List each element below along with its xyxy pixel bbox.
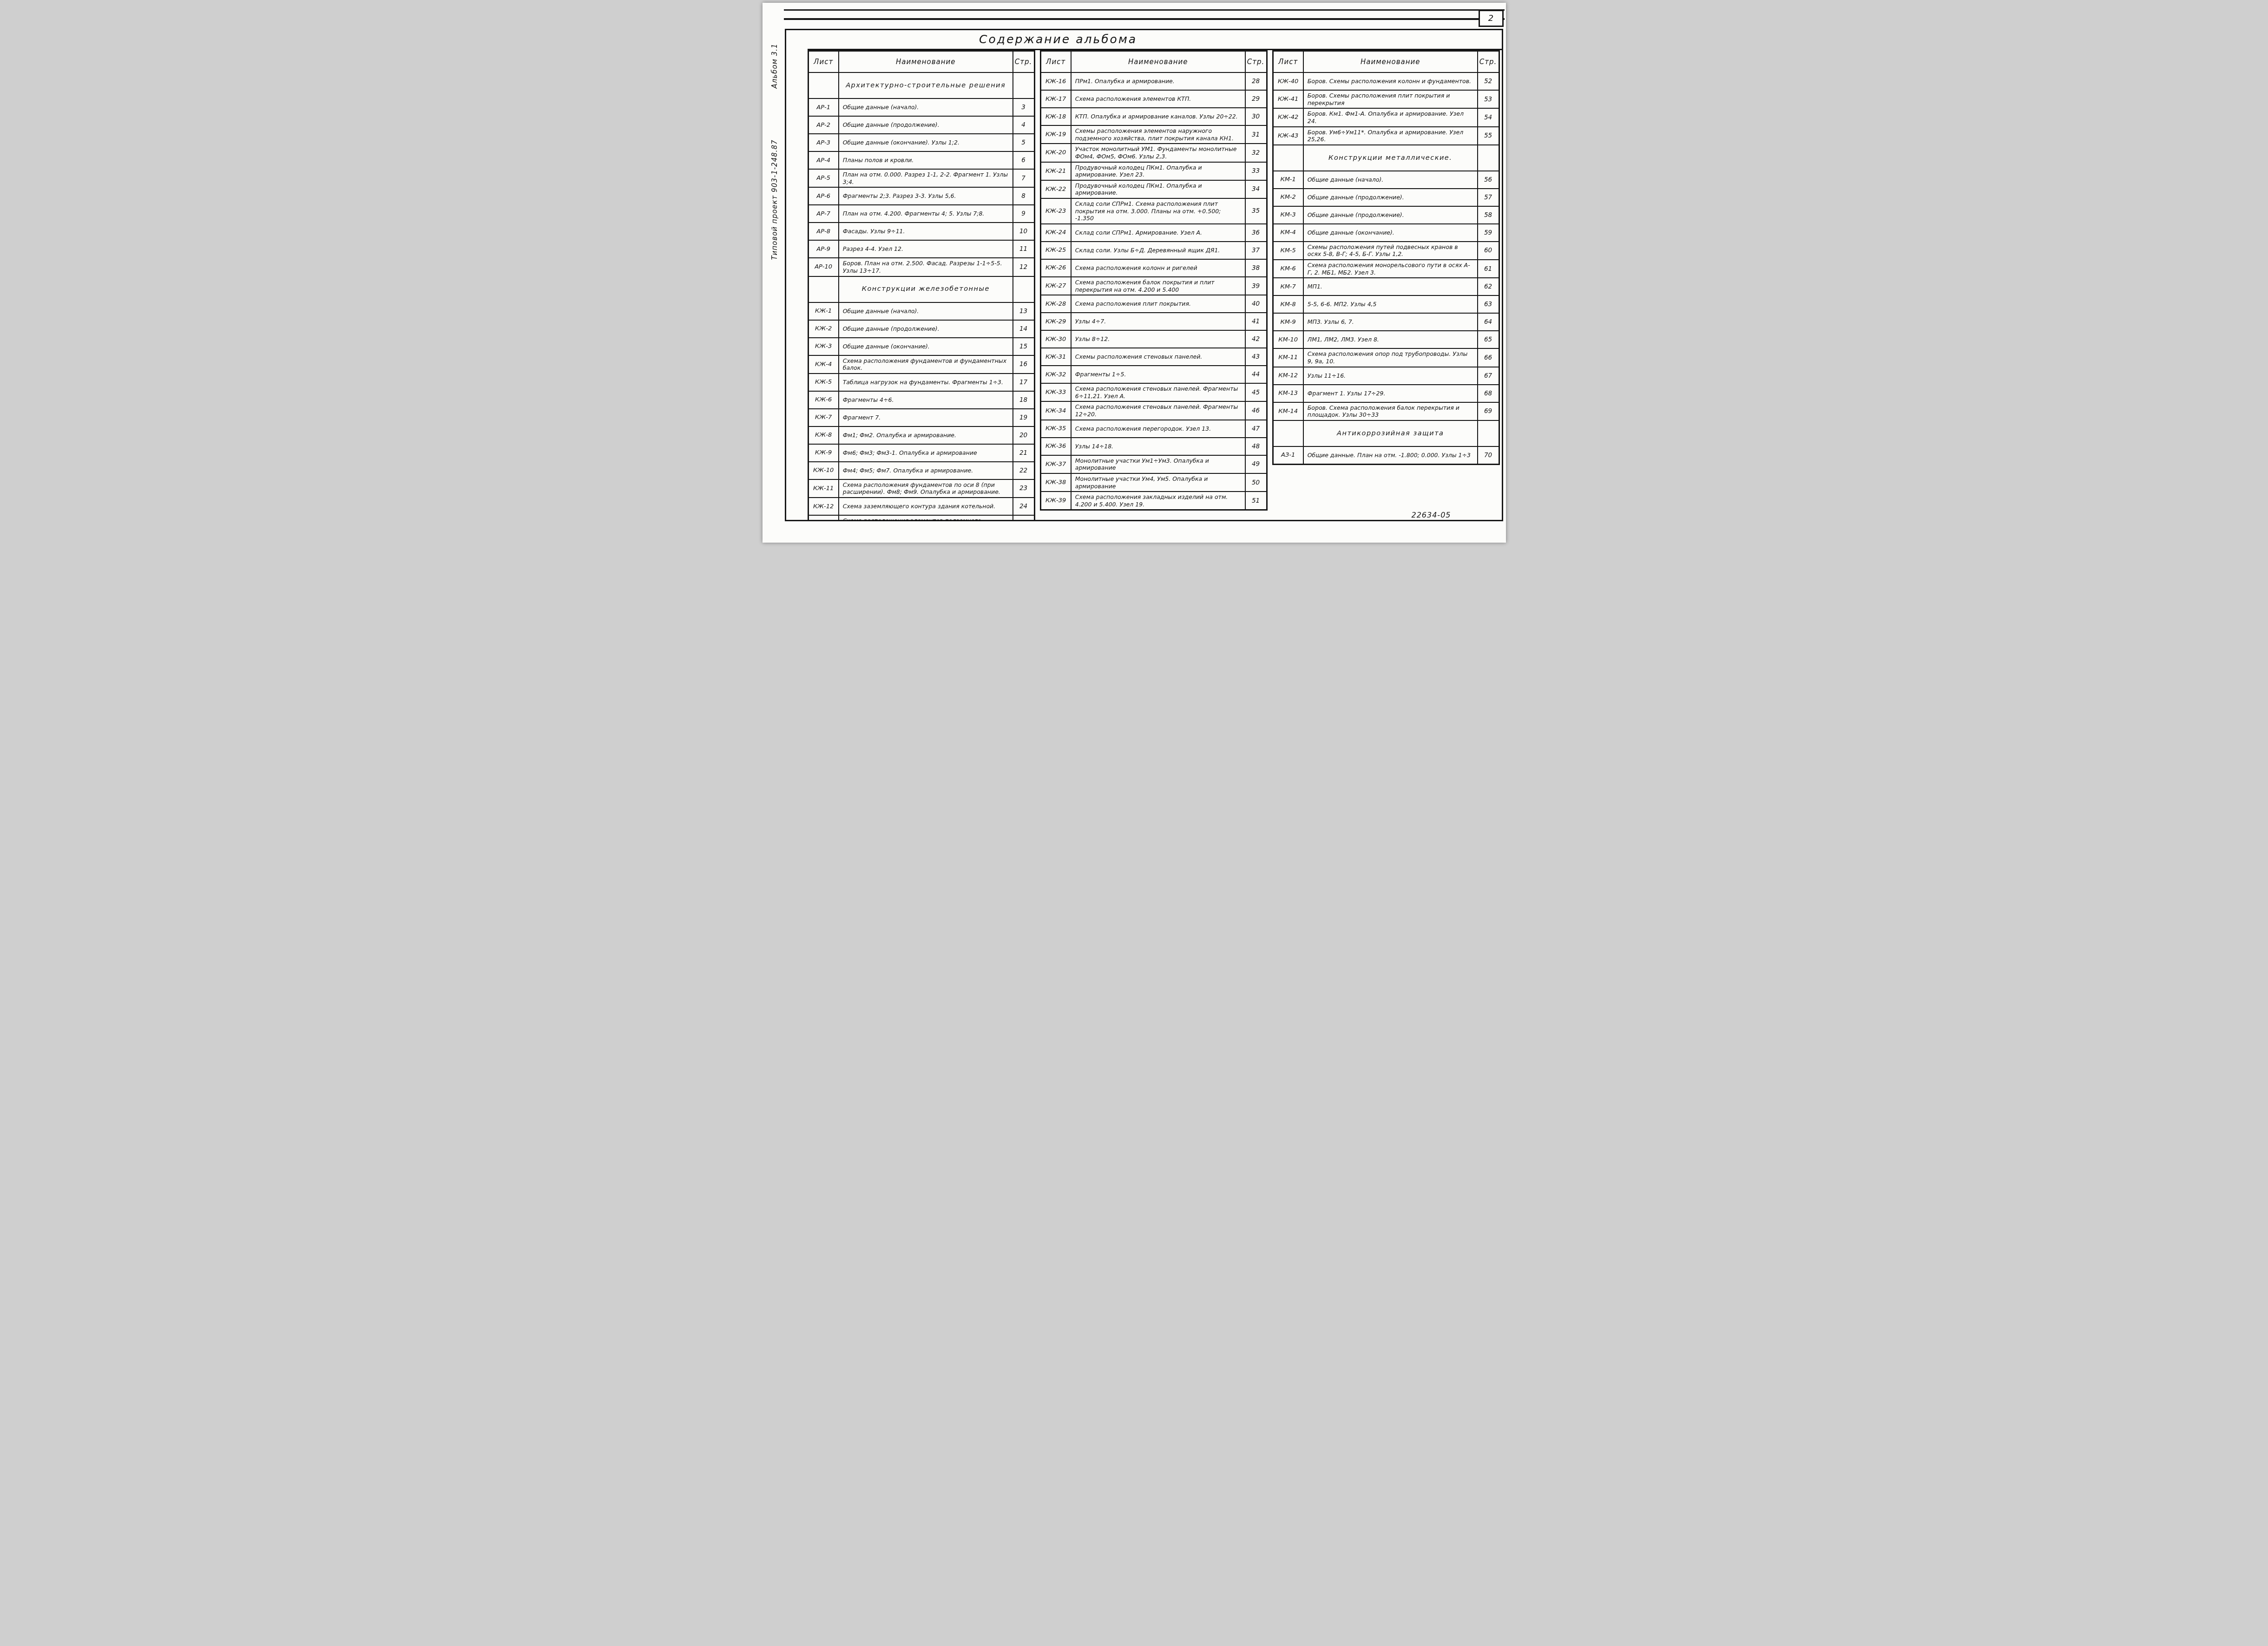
page-number-cell: 62	[1478, 278, 1499, 295]
toc-row: КМ-4Общие данные (окончание).59	[1273, 224, 1499, 242]
sheet-id-cell: КЖ-4	[808, 355, 839, 374]
sheet-name-cell: Схема расположения элементов подземного …	[839, 515, 1013, 521]
scanned-drawing-sheet: 2 Альбом 3.1 Типовой проект 903-1-248.87…	[763, 3, 1506, 543]
toc-row: АЗ-1Общие данные. План на отм. -1.800; 0…	[1273, 446, 1499, 465]
page-number-cell: 22	[1013, 462, 1034, 479]
toc-header-row: ЛистНаименованиеСтр.	[1273, 51, 1499, 73]
page-number-cell: 55	[1478, 127, 1499, 145]
sheet-name-cell: Схема расположения колонн и ригелей	[1071, 259, 1245, 277]
toc-row: КМ-2Общие данные (продолжение).57	[1273, 189, 1499, 206]
sheet-id-cell: КМ-14	[1273, 402, 1303, 420]
toc-row: КМ-9МП3. Узлы 6, 7.64	[1273, 313, 1499, 331]
page-number-cell: 30	[1245, 108, 1267, 125]
toc-row: КЖ-40Боров. Схемы расположения колонн и …	[1273, 72, 1499, 90]
page-number-cell: 38	[1245, 259, 1267, 277]
toc-row: КЖ-21Продувочный колодец ПКм1. Опалубка …	[1040, 162, 1267, 180]
toc-row: АР-9Разрез 4-4. Узел 12.11	[808, 240, 1034, 258]
sheet-name-cell: План на отм. 0.000. Разрез 1-1, 2-2. Фра…	[839, 169, 1013, 187]
sheet-name-cell: Склад соли СПРм1. Схема расположения пли…	[1071, 198, 1245, 224]
sheet-name-cell: МП1.	[1303, 278, 1478, 295]
page-number-cell: 47	[1245, 420, 1267, 438]
page-number-cell: 7	[1013, 169, 1034, 187]
sheet-id-cell: КЖ-37	[1040, 455, 1071, 473]
sheet-id-cell: КМ-3	[1273, 206, 1303, 224]
sheet-id-cell: КЖ-5	[808, 374, 839, 391]
page-number-cell: 56	[1478, 171, 1499, 189]
sheet-name-cell: Боров. Ум6÷Ум11*. Опалубка и армирование…	[1303, 127, 1478, 145]
toc-row: КЖ-20Участок монолитный УМ1. Фундаменты …	[1040, 144, 1267, 162]
sheet-id-cell: АР-1	[808, 98, 839, 116]
sheet-name-cell: Разрез 4-4. Узел 12.	[839, 240, 1013, 258]
toc-row: КЖ-33Схема расположения стеновых панелей…	[1040, 383, 1267, 401]
sheet-name-cell: Схема расположения фундаментов и фундаме…	[839, 355, 1013, 374]
toc-row: КМ-11Схема расположения опор под трубопр…	[1273, 348, 1499, 367]
sheet-id-cell: КМ-2	[1273, 189, 1303, 206]
page-number-cell: 36	[1245, 224, 1267, 242]
toc-row: КЖ-29Узлы 4÷7.41	[1040, 313, 1267, 330]
sheet-name-cell: Общие данные (начало).	[839, 302, 1013, 320]
sheet-name-cell: Схемы расположения элементов наружного п…	[1071, 125, 1245, 144]
sheet-id-cell: КЖ-3	[808, 338, 839, 355]
toc-row: КМ-3Общие данные (продолжение).58	[1273, 206, 1499, 224]
sheet-name-cell: Схема расположения опор под трубопроводы…	[1303, 348, 1478, 367]
page-number-cell: 66	[1478, 348, 1499, 367]
page-number-cell: 61	[1478, 260, 1499, 278]
page-number-box: 2	[1479, 10, 1504, 27]
sheet-id-cell: КМ-13	[1273, 385, 1303, 402]
toc-row: КЖ-11Схема расположения фундаментов по о…	[808, 479, 1034, 498]
sheet-id-cell: КЖ-34	[1040, 401, 1071, 420]
sheet-id-cell: КЖ-7	[808, 409, 839, 426]
page-number-cell: 67	[1478, 367, 1499, 385]
sheet-name-cell: Схема расположения перегородок. Узел 13.	[1071, 420, 1245, 438]
page-number-cell: 41	[1245, 313, 1267, 330]
toc-row: КЖ-37Монолитные участки Ум1÷Ум3. Опалубк…	[1040, 455, 1267, 473]
sheet-id-cell: КЖ-12	[808, 498, 839, 515]
sheet-name-cell: Общие данные (продолжение).	[839, 116, 1013, 134]
toc-row: КЖ-32Фрагменты 1÷5.44	[1040, 366, 1267, 383]
toc-row: КЖ-42Боров. Км1. Фм1-А. Опалубка и армир…	[1273, 108, 1499, 126]
page-number-cell: 59	[1478, 224, 1499, 242]
toc-header-row: ЛистНаименованиеСтр.	[1040, 51, 1267, 73]
sheet-id-cell: КЖ-9	[808, 444, 839, 462]
sheet-id-cell: КЖ-2	[808, 320, 839, 338]
sheet-name-cell: Склад соли СПРм1. Армирование. Узел А.	[1071, 224, 1245, 242]
sheet-id-cell: КЖ-19	[1040, 125, 1071, 144]
toc-columns: ЛистНаименованиеСтр.Архитектурно-строите…	[808, 50, 1502, 521]
toc-row: КЖ-43Боров. Ум6÷Ум11*. Опалубка и армиро…	[1273, 127, 1499, 145]
sheet-id-cell	[1273, 145, 1303, 171]
sheet-name-cell: Узлы 14÷18.	[1071, 438, 1245, 455]
sheet-id-cell: КМ-6	[1273, 260, 1303, 278]
toc-row: КЖ-3Общие данные (окончание).15	[808, 338, 1034, 355]
toc-row: КЖ-38Монолитные участки Ум4, Ум5. Опалуб…	[1040, 473, 1267, 492]
page-number-cell	[1013, 72, 1034, 98]
sheet-id-cell: КМ-11	[1273, 348, 1303, 367]
sheet-name-cell: МП3. Узлы 6, 7.	[1303, 313, 1478, 331]
toc-row: КМ-1Общие данные (начало).56	[1273, 171, 1499, 189]
sheet-name-cell: Общие данные (окончание).	[839, 338, 1013, 355]
section-row: Конструкции металлические.	[1273, 145, 1499, 171]
section-row: Антикоррозийная защита	[1273, 420, 1499, 446]
sheet-name-cell: Боров. Схема расположения балок перекрыт…	[1303, 402, 1478, 420]
name-column-header: Наименование	[1071, 51, 1245, 73]
toc-row: КЖ-25Склад соли. Узлы Б÷Д. Деревянный ящ…	[1040, 242, 1267, 259]
sheet-name-cell: Боров. План на отм. 2.500. Фасад. Разрез…	[839, 258, 1013, 276]
sheet-name-cell: Монолитные участки Ум4, Ум5. Опалубка и …	[1071, 473, 1245, 492]
page-number-cell: 52	[1478, 72, 1499, 90]
top-rule-thick	[784, 18, 1505, 20]
sheet-id-cell: АР-8	[808, 223, 839, 240]
sheet-name-cell: ЛМ1, ЛМ2, ЛМ3. Узел 8.	[1303, 331, 1478, 348]
page-number-cell: 49	[1245, 455, 1267, 473]
toc-row: КЖ-1Общие данные (начало).13	[808, 302, 1034, 320]
drawing-frame: Содержание альбома ЛистНаименованиеСтр.А…	[785, 29, 1503, 521]
page-number-cell: 51	[1245, 492, 1267, 510]
section-heading: Архитектурно-строительные решения	[839, 72, 1013, 98]
toc-row: КЖ-18КТП. Опалубка и армирование каналов…	[1040, 108, 1267, 125]
sheet-name-cell: 5-5, 6-6. МП2. Узлы 4,5	[1303, 295, 1478, 313]
sheet-name-cell: Схемы расположения стеновых панелей.	[1071, 348, 1245, 366]
page-number-cell: 58	[1478, 206, 1499, 224]
sheet-name-cell: Планы полов и кровли.	[839, 151, 1013, 169]
sheet-id-cell: КМ-8	[1273, 295, 1303, 313]
page-number-cell: 37	[1245, 242, 1267, 259]
sheet-id-cell: КМ-4	[1273, 224, 1303, 242]
page-number-cell: 60	[1478, 242, 1499, 260]
page-number-cell: 43	[1245, 348, 1267, 366]
sheet-name-cell: Фм4; Фм5; Фм7. Опалубка и армирование.	[839, 462, 1013, 479]
sheet-name-cell: Участок монолитный УМ1. Фундаменты монол…	[1071, 144, 1245, 162]
sheet-name-cell: Фрагменты 2;3. Разрез 3-3. Узлы 5,6.	[839, 187, 1013, 205]
sheet-id-cell: КЖ-17	[1040, 90, 1071, 108]
toc-row: КЖ-34Схема расположения стеновых панелей…	[1040, 401, 1267, 420]
toc-row: КМ-6Схема расположения монорельсового пу…	[1273, 260, 1499, 278]
toc-row: КЖ-7Фрагмент 7.19	[808, 409, 1034, 426]
page-number-cell: 46	[1245, 401, 1267, 420]
toc-row: КЖ-16ПРм1. Опалубка и армирование.28	[1040, 72, 1267, 90]
sheet-id-cell: КМ-5	[1273, 242, 1303, 260]
toc-row: КЖ-10Фм4; Фм5; Фм7. Опалубка и армирован…	[808, 462, 1034, 479]
toc-row: КЖ-13Схема расположения элементов подзем…	[808, 515, 1034, 521]
sheet-name-cell: Фрагмент 7.	[839, 409, 1013, 426]
page-number-cell: 33	[1245, 162, 1267, 180]
page-number-cell: 3	[1013, 98, 1034, 116]
sheet-name-cell: Схема расположения фундаментов по оси 8 …	[839, 479, 1013, 498]
page-number-cell: 9	[1013, 205, 1034, 223]
sheet-id-cell: АР-6	[808, 187, 839, 205]
toc-row: КЖ-35Схема расположения перегородок. Узе…	[1040, 420, 1267, 438]
page-number-cell: 8	[1013, 187, 1034, 205]
sheet-id-cell	[808, 276, 839, 302]
sheet-id-cell: КЖ-41	[1273, 90, 1303, 108]
sheet-id-cell: АЗ-1	[1273, 446, 1303, 465]
sheet-name-cell: Общие данные (окончание). Узлы 1;2.	[839, 134, 1013, 151]
sheet-id-cell: КЖ-43	[1273, 127, 1303, 145]
toc-row: КЖ-30Узлы 8÷12.42	[1040, 330, 1267, 348]
sheet-id-cell: КЖ-26	[1040, 259, 1071, 277]
page-number-cell: 31	[1245, 125, 1267, 144]
toc-row: КЖ-31Схемы расположения стеновых панелей…	[1040, 348, 1267, 366]
document-number: 22634-05	[1411, 511, 1451, 519]
toc-row: АР-1Общие данные (начало).3	[808, 98, 1034, 116]
toc-table-right: ЛистНаименованиеСтр.КЖ-40Боров. Схемы ра…	[1272, 50, 1500, 465]
sheet-name-cell: Фм6; Фм3; Фм3-1. Опалубка и армирование	[839, 444, 1013, 462]
sheet-name-cell: Схема расположения закладных изделий на …	[1071, 492, 1245, 510]
sheet-id-cell: АР-9	[808, 240, 839, 258]
page-number-cell	[1478, 420, 1499, 446]
sheet-name-cell: КТП. Опалубка и армирование каналов. Узл…	[1071, 108, 1245, 125]
sheet-name-cell: Узлы 8÷12.	[1071, 330, 1245, 348]
sheet-id-cell: КЖ-35	[1040, 420, 1071, 438]
sheet-name-cell: Боров. Схемы расположения колонн и фунда…	[1303, 72, 1478, 90]
page-number-cell: 50	[1245, 473, 1267, 492]
page-column-header: Стр.	[1478, 51, 1499, 73]
sheet-name-cell: Общие данные (начало).	[839, 98, 1013, 116]
page-number-cell: 42	[1245, 330, 1267, 348]
toc-row: КЖ-19Схемы расположения элементов наружн…	[1040, 125, 1267, 144]
toc-table-left: ЛистНаименованиеСтр.Архитектурно-строите…	[808, 50, 1035, 521]
page-number-cell: 44	[1245, 366, 1267, 383]
page-number-cell: 16	[1013, 355, 1034, 374]
sheet-id-cell: КЖ-33	[1040, 383, 1071, 401]
sheet-id-cell: КЖ-25	[1040, 242, 1071, 259]
sheet-name-cell: Схема заземляющего контура здания котель…	[839, 498, 1013, 515]
page-number-cell: 35	[1245, 198, 1267, 224]
toc-row: КМ-7МП1.62	[1273, 278, 1499, 295]
toc-row: КЖ-6Фрагменты 4÷6.18	[808, 391, 1034, 409]
sheet-id-cell: КЖ-39	[1040, 492, 1071, 510]
margin-label-project: Типовой проект 903-1-248.87	[770, 139, 779, 260]
page-number-cell: 39	[1245, 277, 1267, 295]
page-number-cell	[1478, 145, 1499, 171]
sheet-id-cell: КЖ-13	[808, 515, 839, 521]
toc-row: КЖ-36Узлы 14÷18.48	[1040, 438, 1267, 455]
page-title: Содержание альбома	[808, 30, 1502, 50]
sheet-id-cell: КЖ-8	[808, 426, 839, 444]
page-number-cell: 29	[1245, 90, 1267, 108]
sheet-id-cell: КЖ-21	[1040, 162, 1071, 180]
sheet-id-cell: КЖ-32	[1040, 366, 1071, 383]
page-number-cell: 15	[1013, 338, 1034, 355]
page-number-cell: 40	[1245, 295, 1267, 313]
toc-table-middle: ЛистНаименованиеСтр.КЖ-16ПРм1. Опалубка …	[1040, 50, 1268, 511]
sheet-id-cell: АР-4	[808, 151, 839, 169]
toc-row: АР-4Планы полов и кровли.6	[808, 151, 1034, 169]
toc-row: АР-10Боров. План на отм. 2.500. Фасад. Р…	[808, 258, 1034, 276]
toc-row: КЖ-26Схема расположения колонн и ригелей…	[1040, 259, 1267, 277]
sheet-id-cell: КМ-1	[1273, 171, 1303, 189]
sheet-name-cell: ПРм1. Опалубка и армирование.	[1071, 72, 1245, 90]
toc-row: КЖ-23Склад соли СПРм1. Схема расположени…	[1040, 198, 1267, 224]
sheet-name-cell: Общие данные (продолжение).	[1303, 206, 1478, 224]
sheet-id-cell: АР-3	[808, 134, 839, 151]
sheet-name-cell: Фасады. Узлы 9÷11.	[839, 223, 1013, 240]
page-number-cell: 70	[1478, 446, 1499, 465]
section-row: Конструкции железобетонные	[808, 276, 1034, 302]
page-number-cell: 23	[1013, 479, 1034, 498]
sheet-name-cell: Склад соли. Узлы Б÷Д. Деревянный ящик ДЯ…	[1071, 242, 1245, 259]
page-number-cell: 64	[1478, 313, 1499, 331]
page-number-cell: 28	[1245, 72, 1267, 90]
sheet-id-cell: КМ-12	[1273, 367, 1303, 385]
sheet-name-cell: Узлы 11÷16.	[1303, 367, 1478, 385]
sheet-id-cell: КЖ-18	[1040, 108, 1071, 125]
toc-row: КЖ-27Схема расположения балок покрытия и…	[1040, 277, 1267, 295]
sheet-id-cell: КЖ-24	[1040, 224, 1071, 242]
name-column-header: Наименование	[839, 51, 1013, 73]
toc-row: КЖ-28Схема расположения плит покрытия.40	[1040, 295, 1267, 313]
sheet-id-cell: КЖ-11	[808, 479, 839, 498]
toc-row: КЖ-12Схема заземляющего контура здания к…	[808, 498, 1034, 515]
sheet-id-cell: АР-5	[808, 169, 839, 187]
page-number-cell: 21	[1013, 444, 1034, 462]
sheet-id-cell	[808, 72, 839, 98]
sheet-name-cell: Схема расположения плит покрытия.	[1071, 295, 1245, 313]
sheet-name-cell: Узлы 4÷7.	[1071, 313, 1245, 330]
sheet-id-cell: КМ-7	[1273, 278, 1303, 295]
page-column-header: Стр.	[1013, 51, 1034, 73]
sheet-id-cell: КЖ-29	[1040, 313, 1071, 330]
top-rule-thin	[784, 9, 1505, 11]
toc-row: КЖ-5Таблица нагрузок на фундаменты. Фраг…	[808, 374, 1034, 391]
page-number: 2	[1488, 13, 1493, 23]
page-number-cell: 14	[1013, 320, 1034, 338]
sheet-id-cell: КЖ-16	[1040, 72, 1071, 90]
sheet-id-cell: КЖ-22	[1040, 180, 1071, 198]
page-number-cell: 12	[1013, 258, 1034, 276]
page-number-cell: 18	[1013, 391, 1034, 409]
toc-row: КМ-5Схемы расположения путей подвесных к…	[1273, 242, 1499, 260]
page-number-cell: 24	[1013, 498, 1034, 515]
page-number-cell: 68	[1478, 385, 1499, 402]
toc-row: КМ-12Узлы 11÷16.67	[1273, 367, 1499, 385]
toc-row: АР-6Фрагменты 2;3. Разрез 3-3. Узлы 5,6.…	[808, 187, 1034, 205]
sheet-name-cell: Схема расположения элементов КТП.	[1071, 90, 1245, 108]
section-heading: Конструкции металлические.	[1303, 145, 1478, 171]
toc-row: АР-5План на отм. 0.000. Разрез 1-1, 2-2.…	[808, 169, 1034, 187]
sheet-name-cell: Общие данные (начало).	[1303, 171, 1478, 189]
toc-row: КЖ-22Продувочный колодец ПКм1. Опалубка …	[1040, 180, 1267, 198]
sheet-name-cell: Общие данные (продолжение).	[839, 320, 1013, 338]
margin-label-album: Альбом 3.1	[770, 43, 779, 88]
toc-header-row: ЛистНаименованиеСтр.	[808, 51, 1034, 73]
toc-row: КЖ-41Боров. Схемы расположения плит покр…	[1273, 90, 1499, 108]
sheet-name-cell: Общие данные. План на отм. -1.800; 0.000…	[1303, 446, 1478, 465]
section-row: Архитектурно-строительные решения	[808, 72, 1034, 98]
sheet-id-cell: КЖ-20	[1040, 144, 1071, 162]
page-number-cell: 45	[1245, 383, 1267, 401]
page-number-cell: 20	[1013, 426, 1034, 444]
sheet-name-cell: Фм1; Фм2. Опалубка и армирование.	[839, 426, 1013, 444]
sheet-id-cell: КЖ-31	[1040, 348, 1071, 366]
sheet-column-header: Лист	[1273, 51, 1303, 73]
toc-row: КЖ-8Фм1; Фм2. Опалубка и армирование.20	[808, 426, 1034, 444]
sheet-id-cell: КЖ-28	[1040, 295, 1071, 313]
page-number-cell: 32	[1245, 144, 1267, 162]
page-number-cell: 10	[1013, 223, 1034, 240]
sheet-id-cell: КЖ-30	[1040, 330, 1071, 348]
page-number-cell: 17	[1013, 374, 1034, 391]
toc-row: КЖ-9Фм6; Фм3; Фм3-1. Опалубка и армирова…	[808, 444, 1034, 462]
sheet-name-cell: Боров. Км1. Фм1-А. Опалубка и армировани…	[1303, 108, 1478, 126]
sheet-id-cell: КЖ-40	[1273, 72, 1303, 90]
page-number-cell: 57	[1478, 189, 1499, 206]
page-number-cell: 4	[1013, 116, 1034, 134]
sheet-name-cell: Фрагменты 4÷6.	[839, 391, 1013, 409]
page-number-cell: 65	[1478, 331, 1499, 348]
page-number-cell: 11	[1013, 240, 1034, 258]
sheet-id-cell: КМ-9	[1273, 313, 1303, 331]
sheet-name-cell: Монолитные участки Ум1÷Ум3. Опалубка и а…	[1071, 455, 1245, 473]
toc-row: КМ-13Фрагмент 1. Узлы 17÷29.68	[1273, 385, 1499, 402]
page-number-cell: 63	[1478, 295, 1499, 313]
sheet-id-cell	[1273, 420, 1303, 446]
sheet-id-cell: АР-10	[808, 258, 839, 276]
sheet-name-cell: Фрагменты 1÷5.	[1071, 366, 1245, 383]
toc-row: КЖ-39Схема расположения закладных издели…	[1040, 492, 1267, 510]
sheet-name-cell: План на отм. 4.200. Фрагменты 4; 5. Узлы…	[839, 205, 1013, 223]
sheet-name-cell: Схема расположения стеновых панелей. Фра…	[1071, 401, 1245, 420]
toc-row: КМ-14Боров. Схема расположения балок пер…	[1273, 402, 1499, 420]
toc-row: АР-2Общие данные (продолжение).4	[808, 116, 1034, 134]
page-number-cell: 6	[1013, 151, 1034, 169]
page-number-cell: 53	[1478, 90, 1499, 108]
sheet-name-cell: Продувочный колодец ПКм1. Опалубка и арм…	[1071, 162, 1245, 180]
sheet-id-cell: КЖ-42	[1273, 108, 1303, 126]
sheet-name-cell: Боров. Схемы расположения плит покрытия …	[1303, 90, 1478, 108]
sheet-name-cell: Схема расположения стеновых панелей. Фра…	[1071, 383, 1245, 401]
name-column-header: Наименование	[1303, 51, 1478, 73]
toc-row: КЖ-4Схема расположения фундаментов и фун…	[808, 355, 1034, 374]
sheet-id-cell: КЖ-1	[808, 302, 839, 320]
sheet-column-header: Лист	[1040, 51, 1071, 73]
toc-row: КЖ-2Общие данные (продолжение).14	[808, 320, 1034, 338]
toc-row: КМ-10ЛМ1, ЛМ2, ЛМ3. Узел 8.65	[1273, 331, 1499, 348]
section-heading: Антикоррозийная защита	[1303, 420, 1478, 446]
section-heading: Конструкции железобетонные	[839, 276, 1013, 302]
toc-row: АР-7План на отм. 4.200. Фрагменты 4; 5. …	[808, 205, 1034, 223]
sheet-name-cell: Продувочный колодец ПКм1. Опалубка и арм…	[1071, 180, 1245, 198]
page-number-cell: 54	[1478, 108, 1499, 126]
toc-row: КМ-85-5, 6-6. МП2. Узлы 4,563	[1273, 295, 1499, 313]
page-number-cell: 34	[1245, 180, 1267, 198]
sheet-id-cell: КЖ-27	[1040, 277, 1071, 295]
sheet-id-cell: КЖ-36	[1040, 438, 1071, 455]
toc-row: АР-8Фасады. Узлы 9÷11.10	[808, 223, 1034, 240]
sheet-name-cell: Схема расположения балок покрытия и плит…	[1071, 277, 1245, 295]
page-number-cell: 25	[1013, 515, 1034, 521]
sheet-id-cell: КЖ-23	[1040, 198, 1071, 224]
sheet-id-cell: КЖ-6	[808, 391, 839, 409]
page-number-cell: 69	[1478, 402, 1499, 420]
sheet-id-cell: КЖ-38	[1040, 473, 1071, 492]
page-number-cell: 5	[1013, 134, 1034, 151]
page-number-cell: 19	[1013, 409, 1034, 426]
sheet-id-cell: КЖ-10	[808, 462, 839, 479]
sheet-name-cell: Фрагмент 1. Узлы 17÷29.	[1303, 385, 1478, 402]
sheet-id-cell: АР-2	[808, 116, 839, 134]
page-number-cell: 48	[1245, 438, 1267, 455]
sheet-name-cell: Таблица нагрузок на фундаменты. Фрагмент…	[839, 374, 1013, 391]
toc-row: АР-3Общие данные (окончание). Узлы 1;2.5	[808, 134, 1034, 151]
sheet-name-cell: Общие данные (продолжение).	[1303, 189, 1478, 206]
toc-row: КЖ-17Схема расположения элементов КТП.29	[1040, 90, 1267, 108]
sheet-id-cell: АР-7	[808, 205, 839, 223]
toc-row: КЖ-24Склад соли СПРм1. Армирование. Узел…	[1040, 224, 1267, 242]
page-column-header: Стр.	[1245, 51, 1267, 73]
sheet-column-header: Лист	[808, 51, 839, 73]
